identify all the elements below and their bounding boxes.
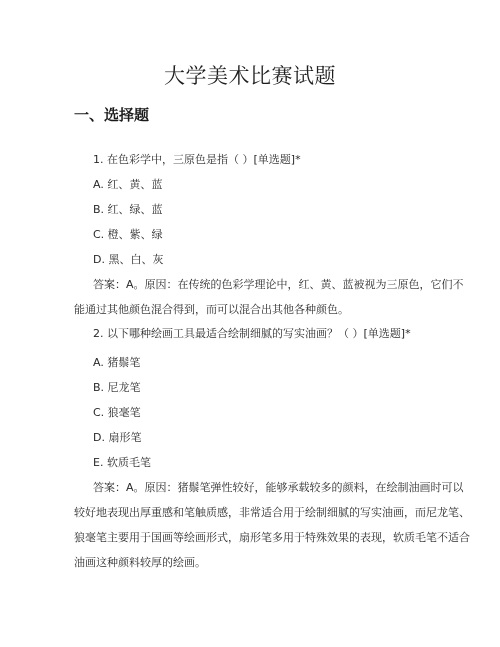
question-1-option-c: C. 橙、紫、绿 bbox=[93, 227, 163, 243]
question-2-option-b: B. 尼龙笔 bbox=[93, 380, 141, 396]
question-2-option-c: C. 狼毫笔 bbox=[93, 405, 141, 421]
question-1-stem: 1. 在色彩学中，三原色是指（ ）[单选题]* bbox=[93, 152, 301, 168]
section-heading: 一、选择题 bbox=[74, 104, 149, 126]
question-1-answer-line-2: 能通过其他颜色混合得到，而可以混合出其他各种颜色。 bbox=[74, 302, 349, 318]
document-page: 大学美术比赛试题 一、选择题 1. 在色彩学中，三原色是指（ ）[单选题]* A… bbox=[0, 0, 500, 647]
question-1-option-b: B. 红、绿、蓝 bbox=[93, 202, 163, 218]
question-2-option-d: D. 扇形笔 bbox=[93, 430, 141, 446]
question-2-answer-line-2: 较好地表现出厚重感和笔触质感，非常适合用于绘制细腻的写实油画，而尼龙笔、 bbox=[74, 505, 470, 521]
question-1-option-d: D. 黑、白、灰 bbox=[93, 252, 163, 268]
question-2-stem: 2. 以下哪种绘画工具最适合绘制细腻的写实油画？（ ）[单选题]* bbox=[93, 326, 411, 342]
question-2-answer-line-1: 答案：A。原因：猪鬃笔弹性较好，能够承载较多的颜料，在绘制油画时可以 bbox=[93, 480, 464, 496]
document-title: 大学美术比赛试题 bbox=[0, 62, 500, 90]
question-1-option-a: A. 红、黄、蓝 bbox=[93, 177, 162, 193]
question-2-answer-line-4: 油画这种颜料较厚的绘画。 bbox=[74, 555, 206, 571]
question-2-option-a: A. 猪鬃笔 bbox=[93, 355, 140, 371]
question-2-answer-line-3: 狼毫笔主要用于国画等绘画形式，扇形笔多用于特殊效果的表现，软质毛笔不适合 bbox=[74, 530, 470, 546]
question-2-option-e: E. 软质毛笔 bbox=[93, 455, 151, 471]
question-1-answer-line-1: 答案：A。原因：在传统的色彩学理论中，红、黄、蓝被视为三原色，它们不 bbox=[93, 277, 464, 293]
